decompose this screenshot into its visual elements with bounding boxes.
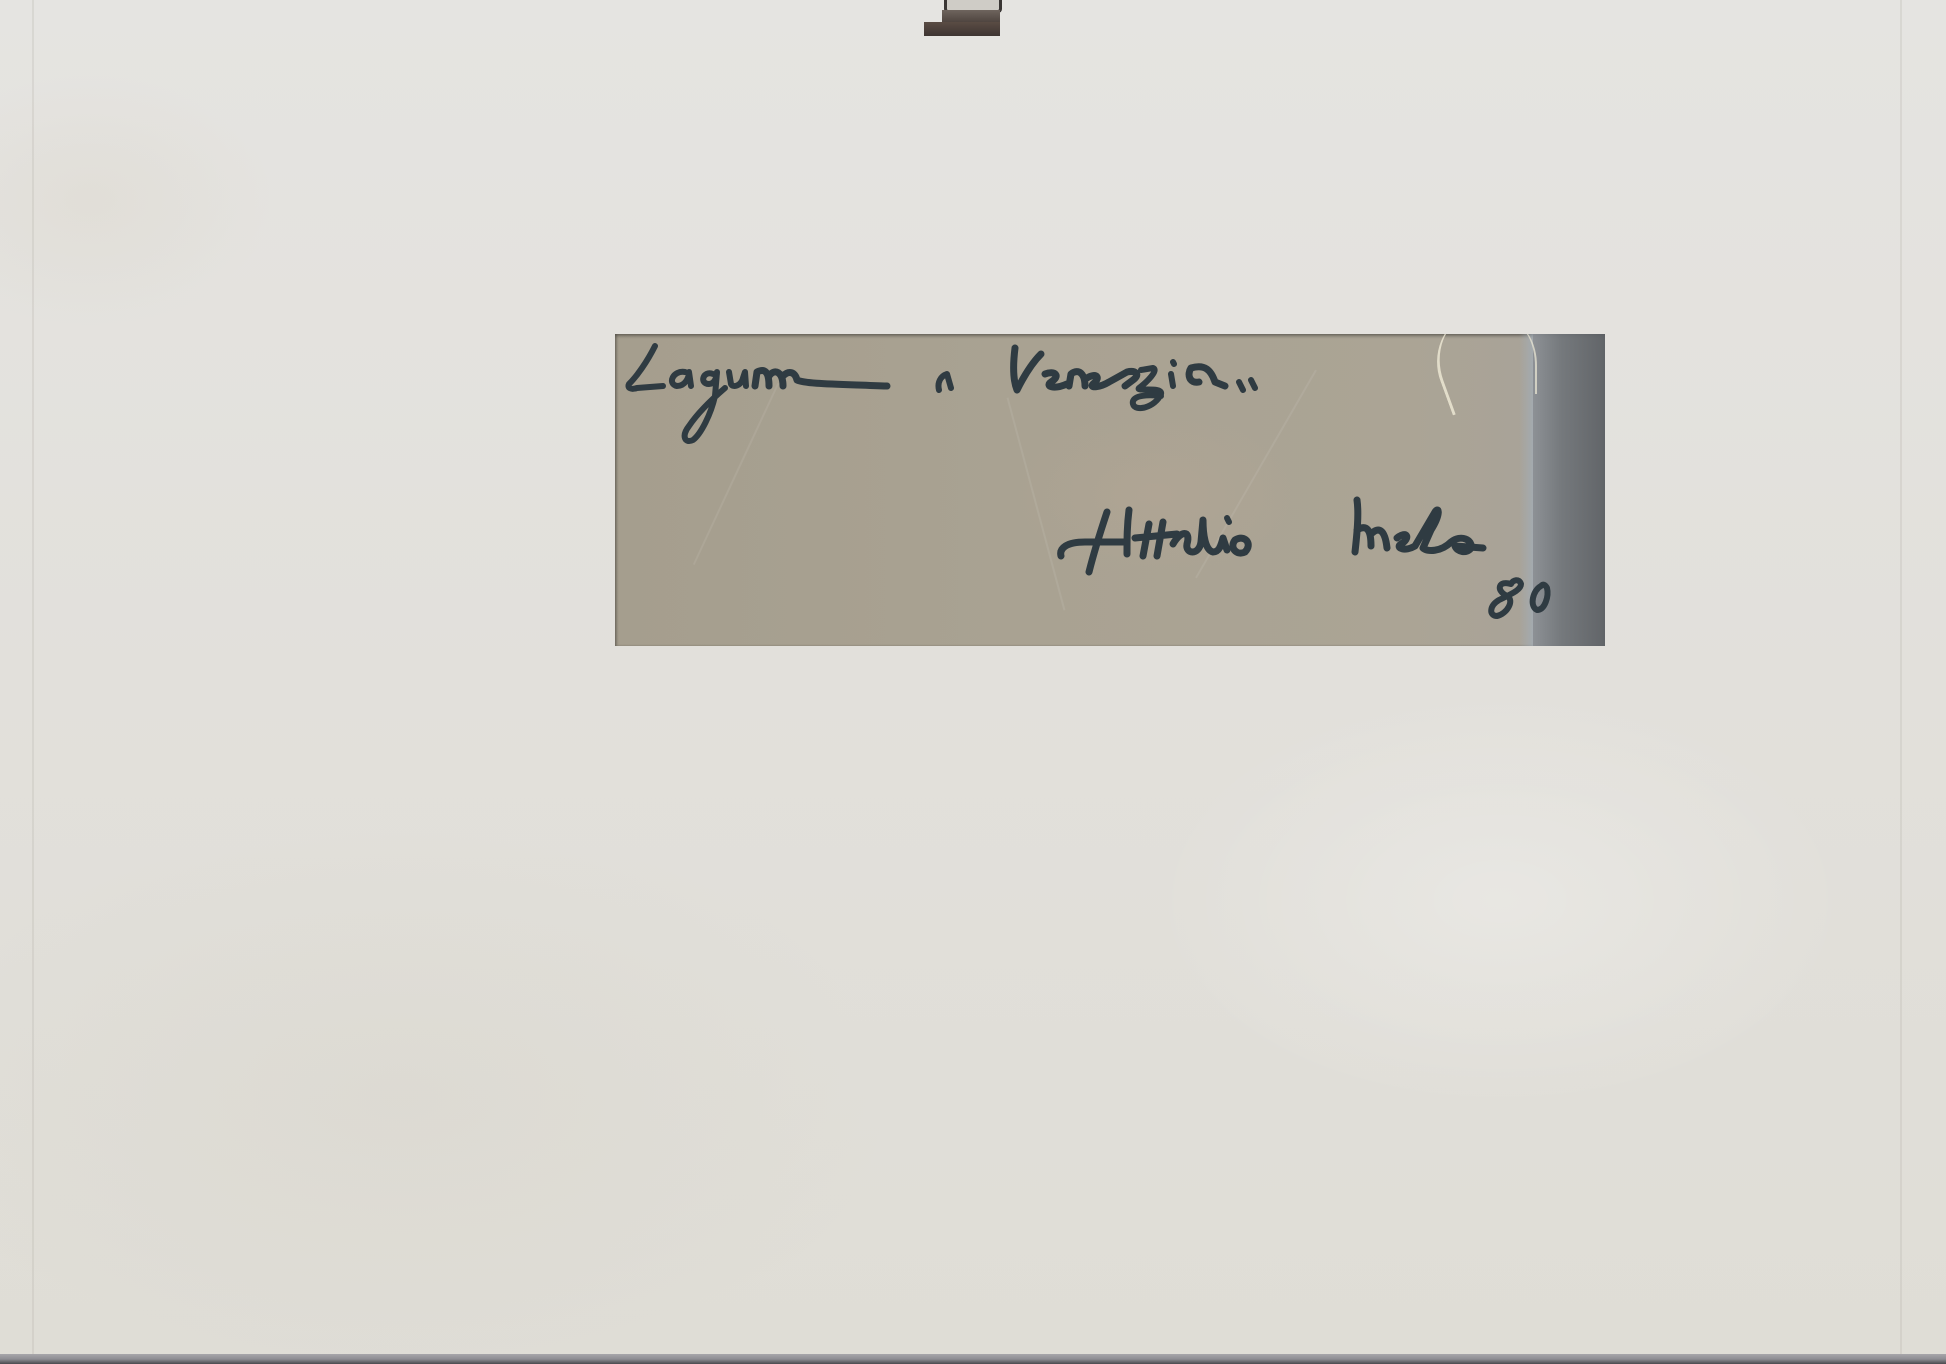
mat-seam-left	[32, 0, 34, 1354]
mat-window: Laguna « Venezia »	[615, 334, 1605, 646]
mat-board	[0, 0, 1946, 1364]
picture-hanger-icon	[924, 0, 1000, 36]
mat-seam-right	[1900, 0, 1902, 1354]
frame-bottom-edge	[0, 1354, 1946, 1364]
hanger-plate	[924, 22, 1000, 36]
handwritten-year: 80	[615, 334, 1605, 646]
